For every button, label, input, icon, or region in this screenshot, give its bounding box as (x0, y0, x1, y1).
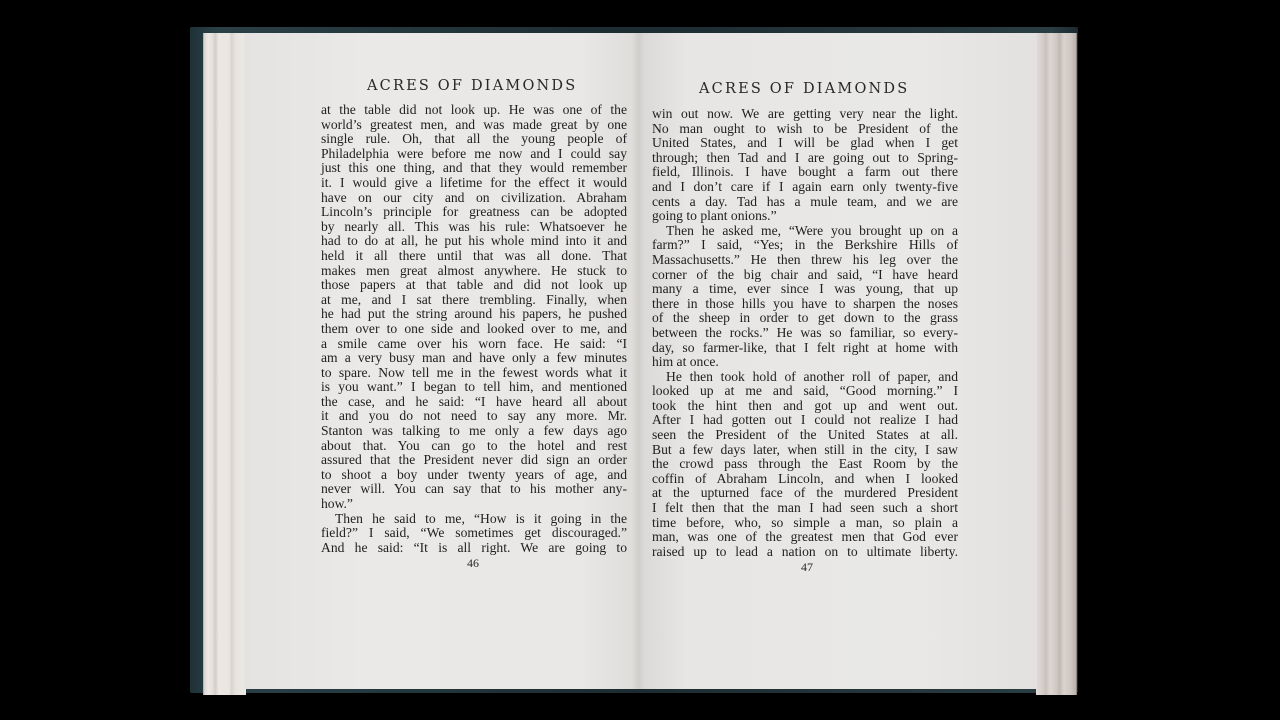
text-line: through; then Tad and I are going out to… (652, 151, 958, 166)
text-line: coffin of Abraham Lincoln, and when I lo… (652, 472, 958, 487)
text-line: Stanton was talking to me only a few day… (321, 424, 627, 439)
left-page-stack-edge (203, 33, 246, 695)
text-line: them over to one side and looked over to… (321, 322, 627, 337)
text-line: world’s greatest men, and was made great… (321, 118, 627, 133)
text-line: at the upturned face of the murdered Pre… (652, 486, 958, 501)
text-line: to shoot a boy under twenty years of age… (321, 468, 627, 483)
text-line: Massachusetts.” He then threw his leg ov… (652, 253, 958, 268)
text-line: have on our city and on civilization. Ab… (321, 191, 627, 206)
text-line: Lincoln’s principle for greatness can be… (321, 205, 627, 220)
text-line: to spare. Now tell me in the fewest word… (321, 366, 627, 381)
text-line: And he said: “It is all right. We are go… (321, 541, 627, 556)
text-line: how.” (321, 497, 627, 512)
text-line: at me, and I sat there trembling. Finall… (321, 293, 627, 308)
text-line: a smile came over his worn face. He said… (321, 337, 627, 352)
right-page-number: 47 (801, 560, 813, 575)
text-line: assured that the President never did sig… (321, 453, 627, 468)
right-running-head: ACRES OF DIAMONDS (699, 81, 909, 97)
text-line: raised up to lead a nation on to ultimat… (652, 545, 958, 560)
left-page-number: 46 (467, 556, 479, 571)
text-line: Then he asked me, “Were you brought up o… (652, 224, 958, 239)
text-line: many a time, ever since I was young, tha… (652, 282, 958, 297)
text-line: cents a day. Tad has a mule team, and we… (652, 195, 958, 210)
text-line: just this one thing, and that they would… (321, 161, 627, 176)
text-line: win out now. We are getting very near th… (652, 107, 958, 122)
text-line: After I had gotten out I could not reali… (652, 413, 958, 428)
text-line: United States, and I will be glad when I… (652, 136, 958, 151)
text-line: and I don’t care if I again earn only tw… (652, 180, 958, 195)
text-line: going to plant onions.” (652, 209, 958, 224)
text-line: those papers at that table and did not l… (321, 278, 627, 293)
text-line: had to do at all, he put his whole mind … (321, 234, 627, 249)
text-line: man, was one of the greatest men that Go… (652, 530, 958, 545)
text-line: He then took hold of another roll of pap… (652, 370, 958, 385)
text-line: by nearly all. This was his rule: Whatso… (321, 220, 627, 235)
text-line: he had put the string around his papers,… (321, 307, 627, 322)
text-line: of the sheep in order to get down to the… (652, 311, 958, 326)
text-line: the case, and he said: “I have heard all… (321, 395, 627, 410)
text-line: took the hint then and got up and went o… (652, 399, 958, 414)
text-line: held it all there until that was all don… (321, 249, 627, 264)
text-line: day, so farmer-like, that I felt right a… (652, 341, 958, 356)
left-running-head: ACRES OF DIAMONDS (367, 78, 577, 94)
text-line: looked up at me and said, “Good morning.… (652, 384, 958, 399)
text-line: there in those hills you have to sharpen… (652, 297, 958, 312)
text-line: I felt then that the man I had seen such… (652, 501, 958, 516)
text-line: corner of the big chair and said, “I hav… (652, 268, 958, 283)
text-line: between the rocks.” He was so familiar, … (652, 326, 958, 341)
text-line: him at once. (652, 355, 958, 370)
right-page-stack-edge (1036, 33, 1077, 695)
text-line: it and you do not need to say any more. … (321, 409, 627, 424)
text-line: time before, who, so simple a man, so pl… (652, 516, 958, 531)
text-line: makes men great almost anywhere. He stuc… (321, 264, 627, 279)
right-page-body: win out now. We are getting very near th… (652, 107, 958, 559)
text-line: But a few days later, when still in the … (652, 443, 958, 458)
text-line: Philadelphia were before me now and I co… (321, 147, 627, 162)
text-line: Then he said to me, “How is it going in … (321, 512, 627, 527)
text-line: the crowd pass through the East Room by … (652, 457, 958, 472)
book-gutter (632, 33, 644, 689)
text-line: field?” I said, “We sometimes get discou… (321, 526, 627, 541)
text-line: field, Illinois. I have bought a farm ou… (652, 165, 958, 180)
text-line: farm?” I said, “Yes; in the Berkshire Hi… (652, 238, 958, 253)
text-line: seen the President of the United States … (652, 428, 958, 443)
text-line: at the table did not look up. He was one… (321, 103, 627, 118)
text-line: am a very busy man and have only a few m… (321, 351, 627, 366)
text-line: No man ought to wish to be President of … (652, 122, 958, 137)
left-page-body: at the table did not look up. He was one… (321, 103, 627, 555)
text-line: is you want.” I began to tell him, and m… (321, 380, 627, 395)
text-line: it. I would give a lifetime for the effe… (321, 176, 627, 191)
text-line: never will. You can say that to his moth… (321, 482, 627, 497)
book-scene: ACRES OF DIAMONDS ACRES OF DIAMONDS at t… (0, 0, 1280, 720)
text-line: about that. You can go to the hotel and … (321, 439, 627, 454)
text-line: single rule. Oh, that all the young peop… (321, 132, 627, 147)
